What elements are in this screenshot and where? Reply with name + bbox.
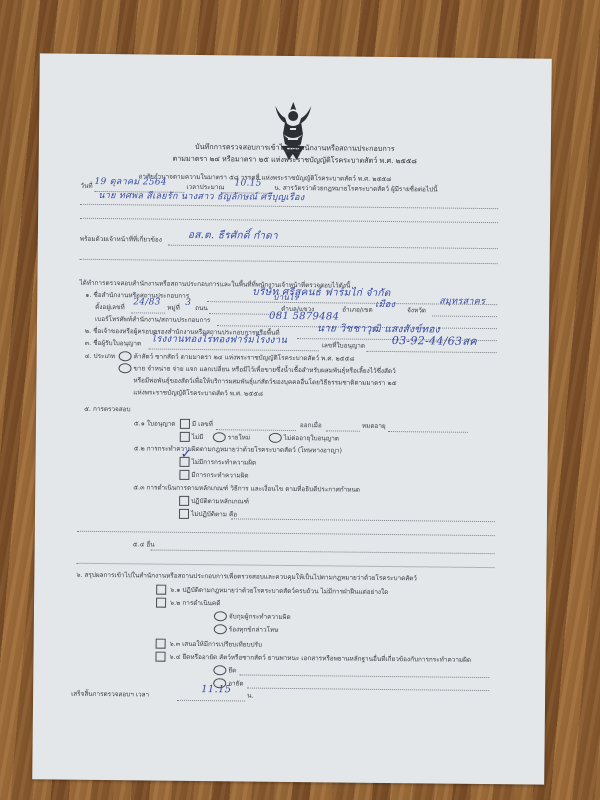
not-comply-label: ไม่ปฏิบัติตาม คือ <box>191 511 237 518</box>
type-option-2-end: แห่งพระราชบัญญัติโรคระบาดสัตว์ พ.ศ. ๒๕๕๘ <box>133 389 263 397</box>
s6-2-checkbox[interactable] <box>156 598 166 608</box>
time-label: เวลาประมาณ <box>186 184 224 191</box>
seize-radio[interactable] <box>213 665 226 675</box>
date-value[interactable]: 19 ตุลาคม 2564 <box>94 178 166 188</box>
section5-label: ๕. การตรวจสอบ <box>84 406 131 413</box>
type-option-1: ค้าสัตว์ ซากสัตว์ ตามมาตรา ๒๔ แห่งพระราช… <box>134 353 355 362</box>
s6-2-label: ๖.๒ การดำเนินคดี <box>170 600 220 607</box>
section3-value[interactable]: โรงงานทองไร่ทองฟาร์มโรงงาน <box>151 335 287 346</box>
province-label: จังหวัด <box>407 307 426 314</box>
district-value[interactable]: เมือง <box>375 301 395 310</box>
road-label: ถนน <box>195 305 208 312</box>
inspection-form-paper: บันทึกการตรวจสอบการเข้าไปในสำนักงานหรือส… <box>32 53 552 784</box>
s5-4-label: ๕.๔ อื่น <box>133 541 155 548</box>
finish-time[interactable]: 11.15 <box>201 685 231 695</box>
finish-unit: น. <box>247 693 253 699</box>
s6-1-label: ๖.๑ ปฏิบัติตามกฎหมายว่าด้วยโรคระบาดสัตว์… <box>170 587 388 596</box>
accompanied-label: พร้อมด้วยเจ้าหน้าที่ที่เกี่ยวข้อง <box>80 236 162 243</box>
license-issued-label: ออกเมื่อ <box>300 422 322 429</box>
section3-label: ๓. ชื่อผู้รับใบอนุญาต <box>85 340 141 347</box>
authority-line: อาศัยอำนาจตามความในมาตรา ๕๘ วรรคสี่ แห่ง… <box>138 173 391 182</box>
s5-2-label: ๕.๒ การกระทำความผิดตามกฎหมายว่าด้วยโรคระ… <box>134 445 342 454</box>
form-subtitle: ตามมาตรา ๒๔ หรือมาตรา ๒๕ แห่งพระราชบัญญั… <box>39 153 551 166</box>
finish-label: เสร็จสิ้นการตรวจสอบฯ เวลา <box>71 691 149 698</box>
garuda-emblem-icon <box>271 100 316 162</box>
s6-4-label: ๖.๔ ยึดหรืออายัด สัตว์หรือซากสัตว์ ยานพา… <box>169 654 471 664</box>
officer-label: น. สารวัตรว่าด้วยกฎหมายโรคระบาดสัตว์ ผู้… <box>274 185 437 193</box>
s6-4-checkbox[interactable] <box>155 652 165 662</box>
s5-1-label: ๕.๑ ใบอนุญาต <box>134 420 176 427</box>
accompanied-value[interactable]: อส.ต. ธีรศักดิ์ กำดา <box>188 231 278 242</box>
license-not-renewed-label: ไม่ต่ออายุใบอนุญาต <box>284 435 339 442</box>
section4-label: ๔. ประเภท <box>85 353 116 360</box>
district-label: อำเภอ/เขต <box>342 307 373 314</box>
type-livestock-trade-radio[interactable] <box>119 351 132 361</box>
offense-checkbox[interactable] <box>179 470 189 480</box>
date-label: วันที่ <box>80 183 92 190</box>
license-new-radio[interactable] <box>213 432 226 442</box>
section6-label: ๖. สรุปผลการเข้าไปในสำนักงานหรือสถานประก… <box>76 572 417 582</box>
address-no[interactable]: 24/83 <box>133 298 161 307</box>
checkmark-icon: ✓ <box>181 448 192 461</box>
province-value[interactable]: สมุทรสาคร <box>439 298 485 307</box>
license-none-checkbox[interactable] <box>180 432 190 442</box>
moo-label: หมู่ที่ <box>167 305 180 312</box>
license-no-value[interactable]: 03-92-44/63สค <box>392 335 477 347</box>
comply-label: ปฏิบัติตามหลักเกณฑ์ <box>191 498 249 505</box>
s6-1-checkbox[interactable] <box>156 585 166 595</box>
phone-label: เบอร์โทรศัพท์สำนักงาน/สถานประกอบการ <box>95 316 210 324</box>
type-option-2-cont: หรือมีพ่อพันธุ์ของสัตว์เพื่อให้บริการผสม… <box>133 377 396 386</box>
subdistrict-value[interactable]: บ้านไร่ <box>273 294 298 302</box>
moo-value[interactable]: 3 <box>185 299 191 308</box>
arrest-radio[interactable] <box>214 611 227 621</box>
license-expire-label: หมดอายุ <box>362 423 386 430</box>
not-comply-checkbox[interactable] <box>179 509 189 519</box>
phone-value[interactable]: 081 5879484 <box>269 312 339 323</box>
s6-3-label: ๖.๓ เสนอให้มีการเปรียบเทียบปรับ <box>170 641 262 648</box>
address-label: ตั้งอยู่เลขที่ <box>95 304 125 311</box>
complaint-radio[interactable] <box>214 624 227 634</box>
seize-label: ยึด <box>228 667 236 673</box>
license-has-checkbox[interactable] <box>180 419 190 429</box>
license-new-label: รายใหม่ <box>228 434 250 441</box>
complaint-label: ร้องทุกข์กล่าวโทษ <box>229 626 279 633</box>
s5-3-label: ๕.๓ การดำเนินการตามหลักเกณฑ์ วิธีการ และ… <box>133 484 360 493</box>
comply-checkbox[interactable] <box>179 496 189 506</box>
license-has-label: มี เลขที่ <box>192 421 213 428</box>
arrest-label: จับกุมผู้กระทำความผิด <box>229 613 291 620</box>
no-offense-label: ไม่มีการกระทำความผิด <box>192 459 257 466</box>
form-title: บันทึกการตรวจสอบการเข้าไปในสำนักงานหรือส… <box>39 141 551 154</box>
type-semen-sale-radio[interactable] <box>118 363 131 373</box>
license-no-label: เลขที่ใบอนุญาต <box>322 342 365 349</box>
time-value[interactable]: 10.15 <box>234 179 261 188</box>
license-none-label: ไม่มี <box>192 434 204 441</box>
type-option-2: ขาย จำหน่าย จ่าย แจก แลกเปลี่ยน หรือมีไว… <box>133 365 395 374</box>
officer-names[interactable]: นาย ทศพล สีเลยรัก นางสาว ธัญลักษณ์ ศรีบุ… <box>98 192 304 203</box>
license-not-renewed-radio[interactable] <box>269 433 282 443</box>
s6-3-checkbox[interactable] <box>156 639 166 649</box>
offense-label: มีการกระทำความผิด <box>191 472 248 479</box>
